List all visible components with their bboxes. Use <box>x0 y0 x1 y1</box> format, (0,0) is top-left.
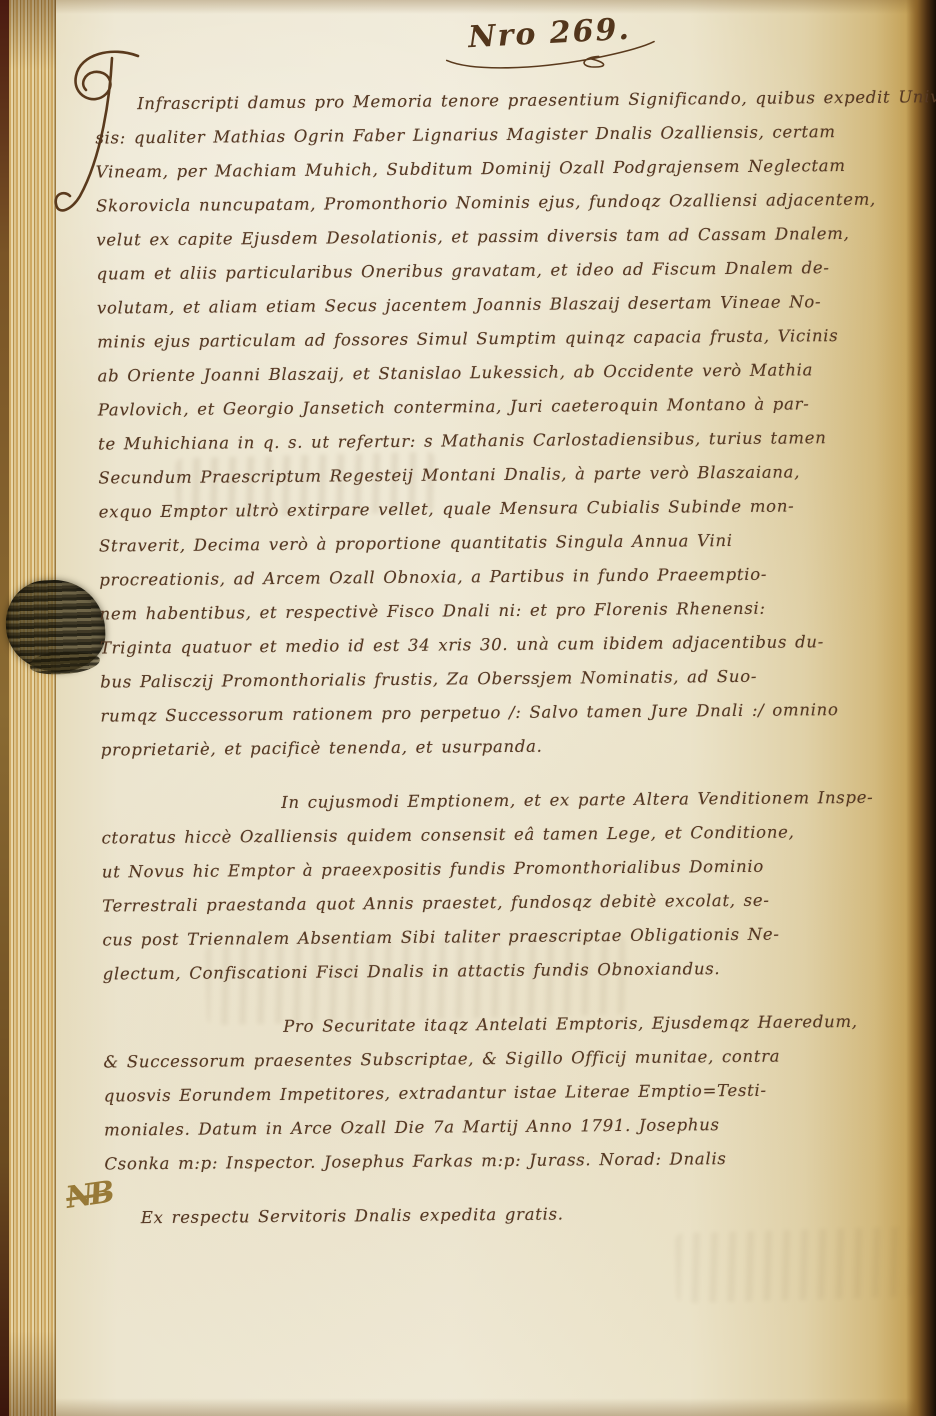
manuscript-line: Ex respectu Servitoris Dnalis expedita g… <box>105 1194 911 1235</box>
manuscript-text: Infrascripti damus pro Memoria tenore pr… <box>95 81 911 1236</box>
paragraph: In cujusmodi Emptionem, et ex parte Alte… <box>101 780 909 991</box>
manuscript-line: glectum, Confiscationi Fisci Dnalis in a… <box>103 950 909 991</box>
manuscript-line: Pro Securitate itaqz Antelati Emptoris, … <box>103 1004 909 1045</box>
ink-showthrough <box>675 1227 917 1303</box>
manuscript-page-scan: Nro 269. Infrascripti damus pro Memoria … <box>0 0 936 1416</box>
paragraph: Infrascripti damus pro Memoria tenore pr… <box>95 81 907 768</box>
book-cover-edge <box>0 0 9 1416</box>
paragraph: Ex respectu Servitoris Dnalis expedita g… <box>105 1194 911 1235</box>
manuscript-line: proprietariè, et pacificè tenenda, et us… <box>101 726 907 767</box>
stacked-page-edges <box>9 0 56 1416</box>
paragraphs: Infrascripti damus pro Memoria tenore pr… <box>95 81 911 1236</box>
manuscript-line: Csonka m:p: Inspector. Josephus Farkas m… <box>104 1140 910 1181</box>
manuscript-line: ctoratus hiccè Ozalliensis quidem consen… <box>101 814 907 855</box>
manuscript-line: Triginta quatuor et medio id est 34 xris… <box>100 624 906 665</box>
manuscript-line: rumqz Successorum rationem pro perpetuo … <box>100 692 906 733</box>
manuscript-line: exquo Emptor ultrò extirpare vellet, qua… <box>99 488 905 529</box>
paragraph: Pro Securitate itaqz Antelati Emptoris, … <box>103 1004 910 1181</box>
margin-nb-mark: NB <box>64 1175 113 1216</box>
